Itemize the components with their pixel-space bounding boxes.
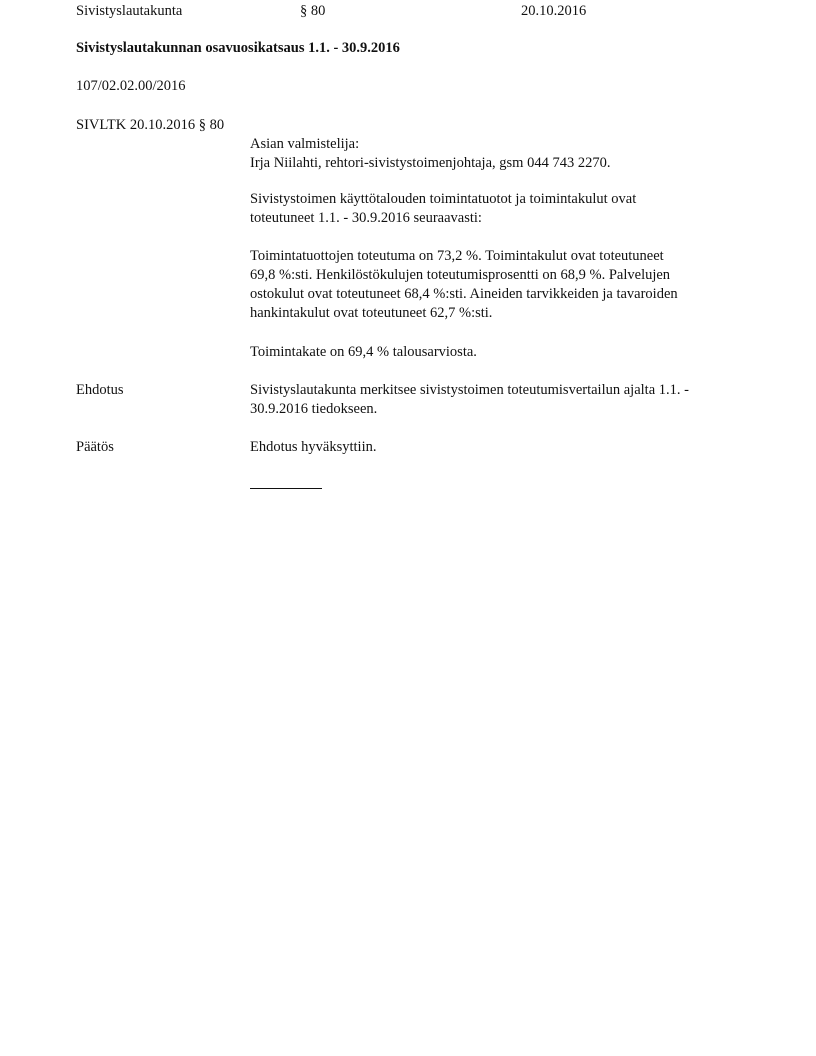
figures-line: Toimintatuottojen toteutuma on 73,2 %. T… [250,247,750,266]
proposal-label: Ehdotus [76,381,124,400]
decision-text: Ehdotus hyväksyttiin. [250,438,750,457]
figures-line: hankintakulut ovat toteutuneet 62,7 %:st… [250,304,750,323]
signature-divider [250,488,322,489]
proposal-line: Sivistyslautakunta merkitsee sivistystoi… [250,381,750,400]
figures-line: 69,8 %:sti. Henkilöstökulujen toteutumis… [250,266,750,285]
header-organ: Sivistyslautakunta [76,2,182,21]
proposal-line: 30.9.2016 tiedokseen. [250,400,750,419]
figures-line: ostokulut ovat toteutuneet 68,4 %:sti. A… [250,285,750,304]
intro-paragraph: Sivistystoimen käyttötalouden toimintatu… [250,190,750,228]
summary-paragraph: Toimintakate on 69,4 % talousarviosta. [250,343,750,362]
document-title: Sivistyslautakunnan osavuosikatsaus 1.1.… [76,39,400,58]
header-section: § 80 [300,2,325,21]
figures-paragraph: Toimintatuottojen toteutuma on 73,2 %. T… [250,247,750,323]
summary-line: Toimintakate on 69,4 % talousarviosta. [250,343,750,362]
proposal-text: Sivistyslautakunta merkitsee sivistystoi… [250,381,750,419]
meeting-reference: SIVLTK 20.10.2016 § 80 [76,116,224,135]
preparer-name: Irja Niilahti, rehtori-sivistystoimenjoh… [250,154,750,173]
preparer-block: Asian valmistelija: Irja Niilahti, rehto… [250,135,750,173]
decision-label: Päätös [76,438,114,457]
header-date: 20.10.2016 [521,2,586,21]
intro-line: toteutuneet 1.1. - 30.9.2016 seuraavasti… [250,209,750,228]
intro-line: Sivistystoimen käyttötalouden toimintatu… [250,190,750,209]
preparer-label: Asian valmistelija: [250,135,750,154]
record-id: 107/02.02.00/2016 [76,77,186,96]
decision-line: Ehdotus hyväksyttiin. [250,438,750,457]
